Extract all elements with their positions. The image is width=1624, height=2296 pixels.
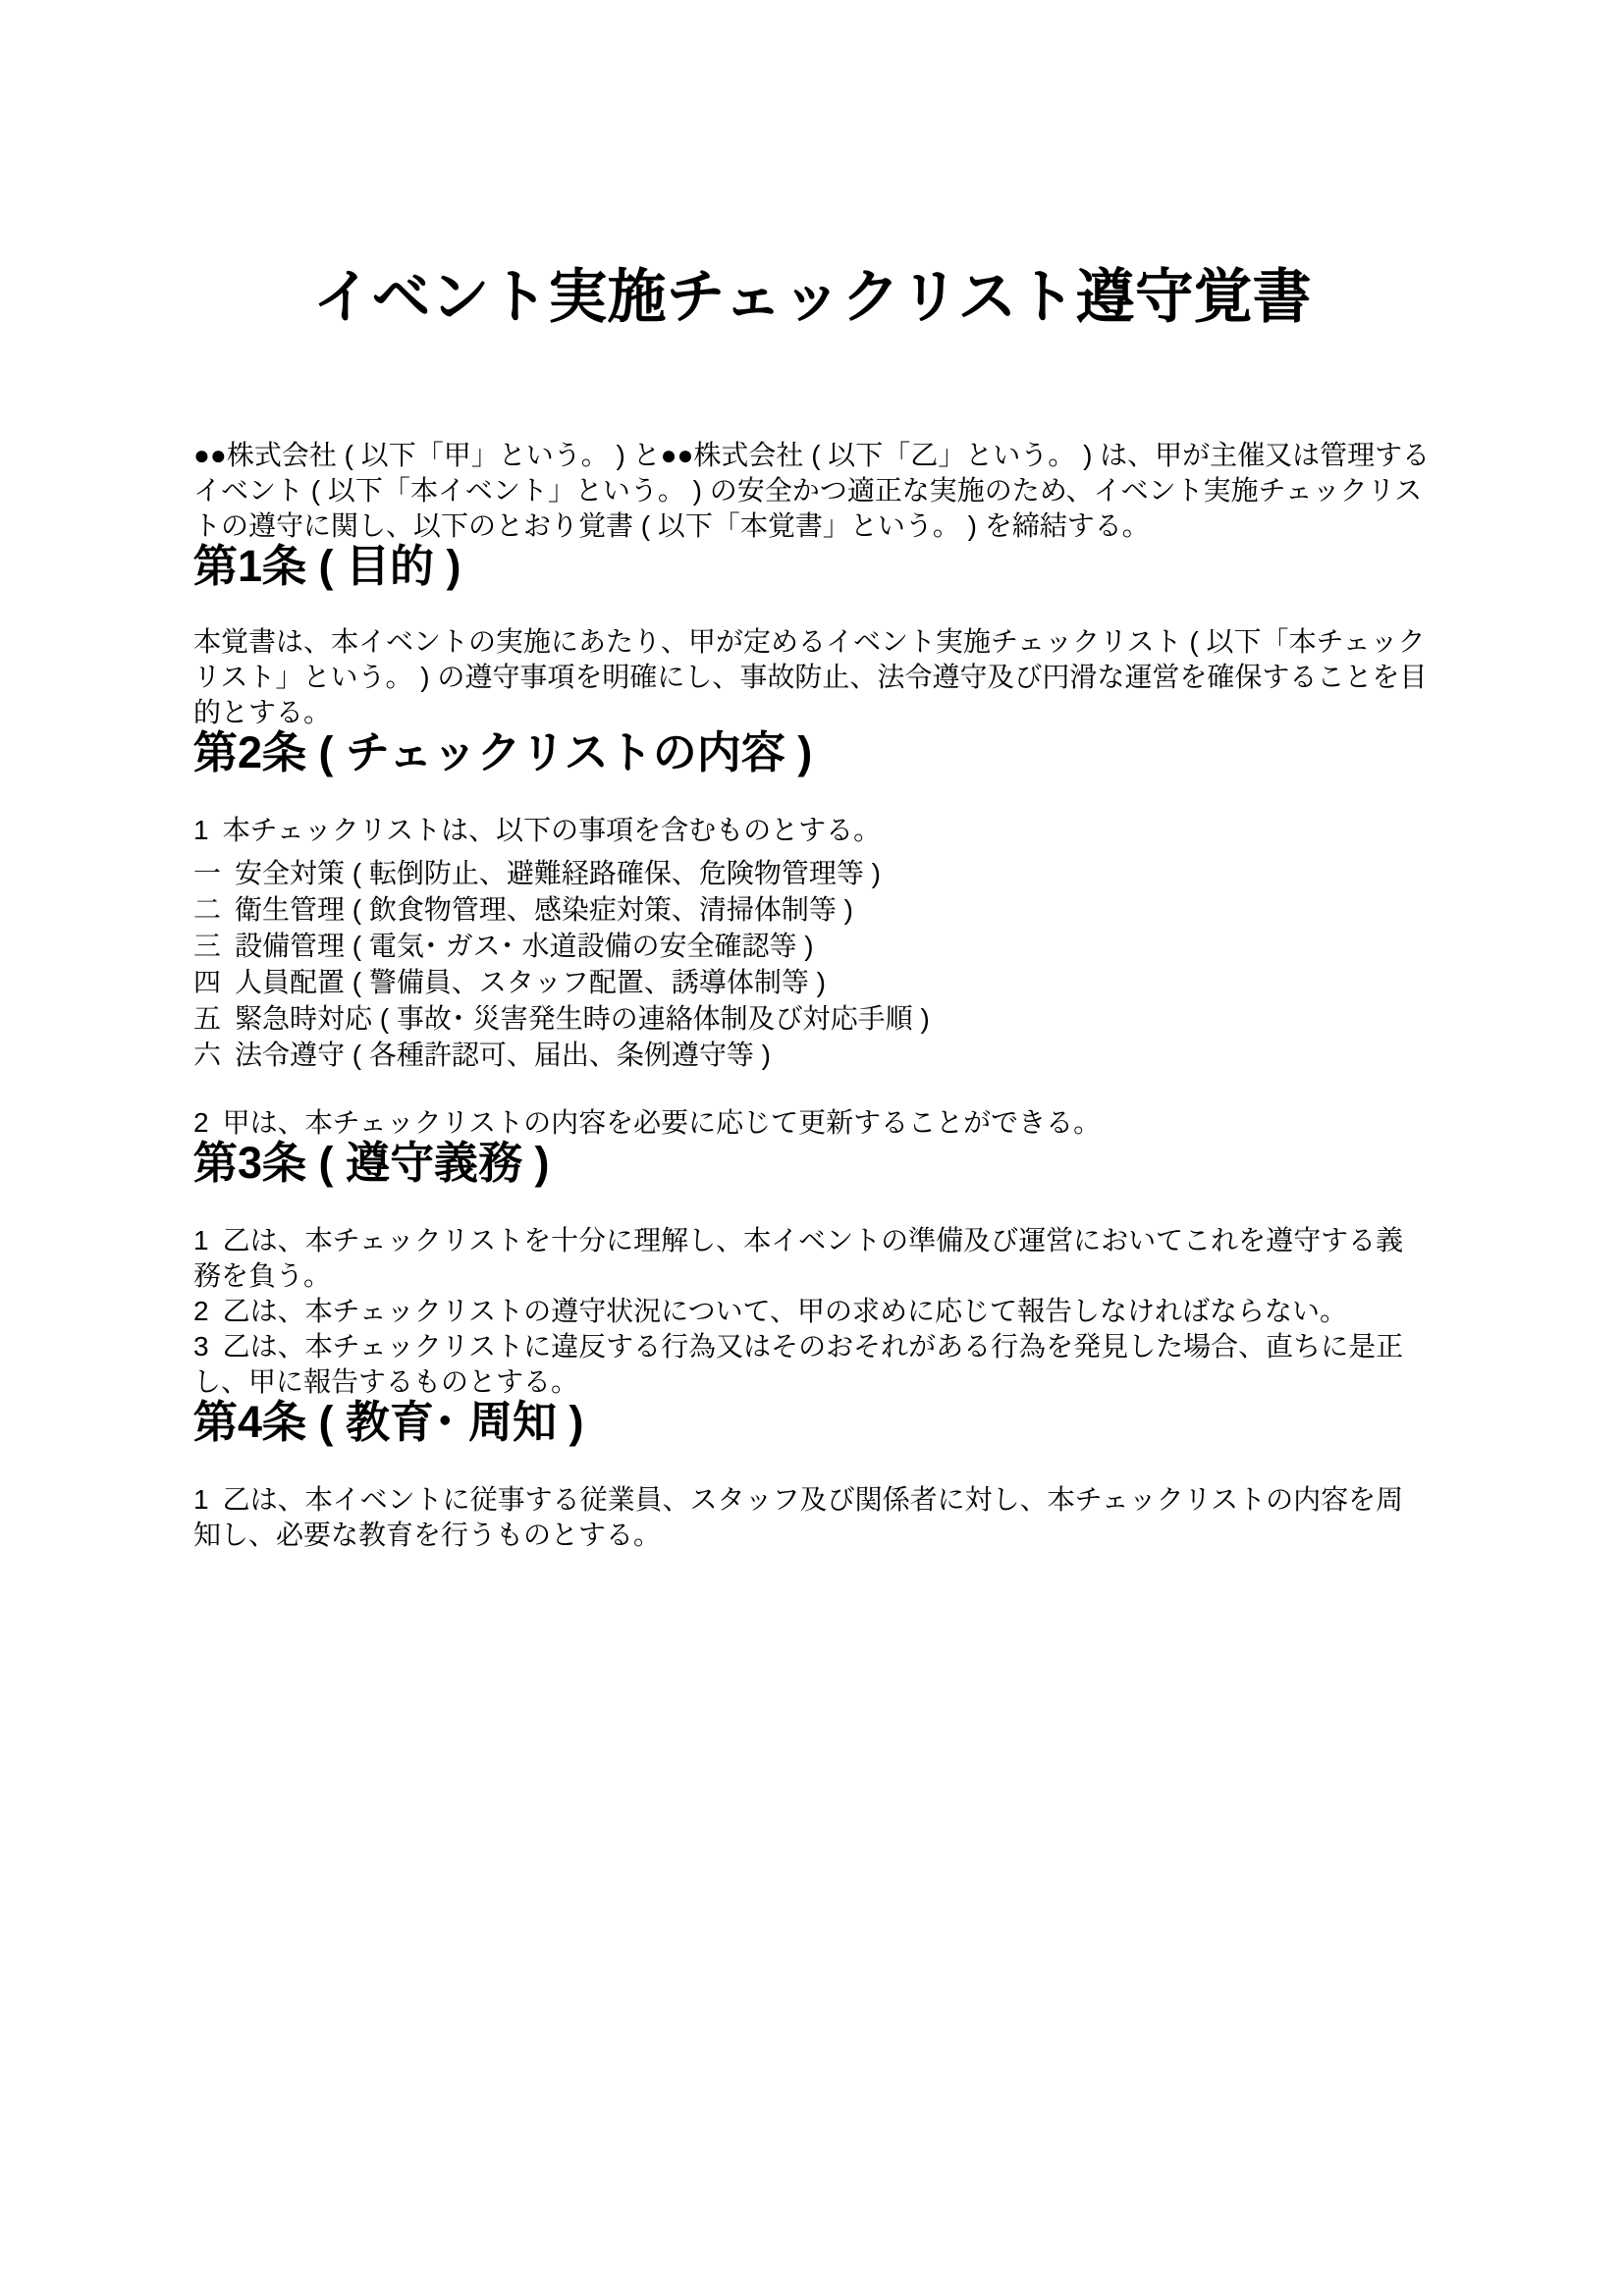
- article-3: 第3条 ( 遵守義務 ) 1 乙は、本チェックリストを十分に理解し、本イベントの…: [193, 1141, 1431, 1400]
- checklist-item-3: 三 設備管理 ( 電気･ ガス･ 水道設備の安全確認等 ): [193, 928, 1431, 964]
- checklist-item-4: 四 人員配置 ( 警備員、スタッフ配置、誘導体制等 ): [193, 964, 1431, 1000]
- checklist-item-2: 二 衛生管理 ( 飲食物管理、感染症対策、清掃体制等 ): [193, 891, 1431, 928]
- checklist-item-5: 五 緊急時対応 ( 事故･ 災害発生時の連絡体制及び対応手順 ): [193, 1000, 1431, 1037]
- article-3-clauses: 1 乙は、本チェックリストを十分に理解し、本イベントの準備及び運営においてこれを…: [193, 1223, 1431, 1400]
- article-4-clause-1: 1 乙は、本イベントに従事する従業員、スタッフ及び関係者に対し、本チェックリスト…: [193, 1482, 1431, 1553]
- document-title: イベント実施チェックリスト遵守覚書: [193, 267, 1431, 328]
- article-1-body: 本覚書は、本イベントの実施にあたり、甲が定めるイベント実施チェックリスト ( 以…: [193, 624, 1431, 730]
- article-2-clause-1: 1 本チェックリストは、以下の事項を含むものとする。: [193, 813, 1431, 848]
- article-3-heading: 第3条 ( 遵守義務 ): [193, 1141, 1431, 1185]
- article-3-clause-1: 1 乙は、本チェックリストを十分に理解し、本イベントの準備及び運営においてこれを…: [193, 1223, 1431, 1294]
- article-4-clauses: 1 乙は、本イベントに従事する従業員、スタッフ及び関係者に対し、本チェックリスト…: [193, 1482, 1431, 1553]
- article-3-clause-2: 2 乙は、本チェックリストの遵守状況について、甲の求めに応じて報告しなければなら…: [193, 1294, 1431, 1329]
- article-4-heading: 第4条 ( 教育･ 周知 ): [193, 1400, 1431, 1444]
- checklist-item-1: 一 安全対策 ( 転倒防止、避難経路確保、危険物管理等 ): [193, 855, 1431, 891]
- document-page: イベント実施チェックリスト遵守覚書 ●●株式会社 ( 以下「甲」という。 ) と…: [0, 0, 1624, 2296]
- intro-paragraph: ●●株式会社 ( 以下「甲」という。 ) と●●株式会社 ( 以下「乙」という。…: [193, 438, 1431, 544]
- checklist-item-6: 六 法令遵守 ( 各種許認可、届出、条例遵守等 ): [193, 1037, 1431, 1073]
- article-2-heading: 第2条 ( チェックリストの内容 ): [193, 730, 1431, 774]
- article-4: 第4条 ( 教育･ 周知 ) 1 乙は、本イベントに従事する従業員、スタッフ及び…: [193, 1400, 1431, 1553]
- article-2-clause-2: 2 甲は、本チェックリストの内容を必要に応じて更新することができる。: [193, 1105, 1431, 1141]
- article-2: 第2条 ( チェックリストの内容 ) 1 本チェックリストは、以下の事項を含むも…: [193, 730, 1431, 1141]
- article-1-heading: 第1条 ( 目的 ): [193, 544, 1431, 588]
- article-1: 第1条 ( 目的 ) 本覚書は、本イベントの実施にあたり、甲が定めるイベント実施…: [193, 544, 1431, 730]
- document-body: { "colors": { "page_background": "#fffff…: [0, 0, 1624, 2296]
- checklist-items: 一 安全対策 ( 転倒防止、避難経路確保、危険物管理等 ) 二 衛生管理 ( 飲…: [193, 855, 1431, 1073]
- article-3-clause-3: 3 乙は、本チェックリストに違反する行為又はそのおそれがある行為を発見した場合、…: [193, 1329, 1431, 1400]
